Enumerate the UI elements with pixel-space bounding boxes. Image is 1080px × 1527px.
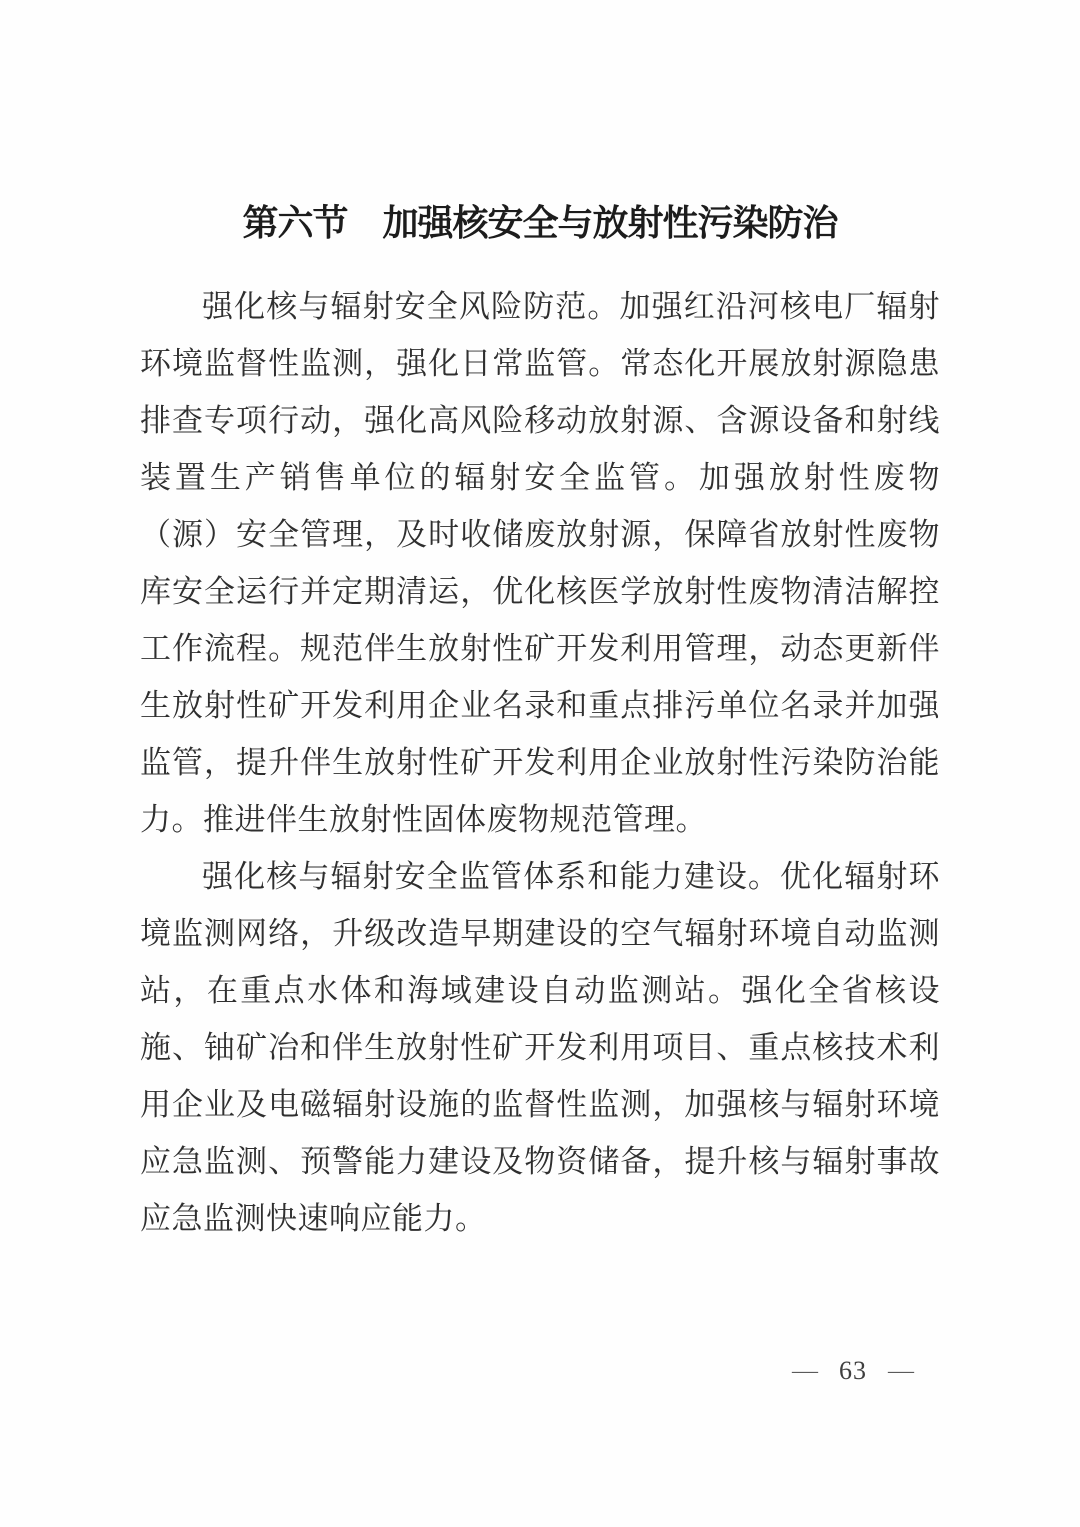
paragraph-1: 强化核与辐射安全风险防范。加强红沿河核电厂辐射环境监督性监测，强化日常监管。常态… — [140, 278, 940, 848]
footer-right-dash: — — [888, 1356, 914, 1387]
footer-left-dash: — — [792, 1356, 818, 1387]
section-title: 第六节 加强核安全与放射性污染防治 — [0, 200, 1080, 246]
document-page: 第六节 加强核安全与放射性污染防治 强化核与辐射安全风险防范。加强红沿河核电厂辐… — [0, 0, 1080, 1527]
paragraph-2: 强化核与辐射安全监管体系和能力建设。优化辐射环境监测网络，升级改造早期建设的空气… — [140, 848, 940, 1247]
page-footer: — 63 — — [792, 1354, 914, 1388]
page-number: 63 — [839, 1354, 867, 1388]
document-body: 强化核与辐射安全风险防范。加强红沿河核电厂辐射环境监督性监测，强化日常监管。常态… — [140, 278, 940, 1247]
